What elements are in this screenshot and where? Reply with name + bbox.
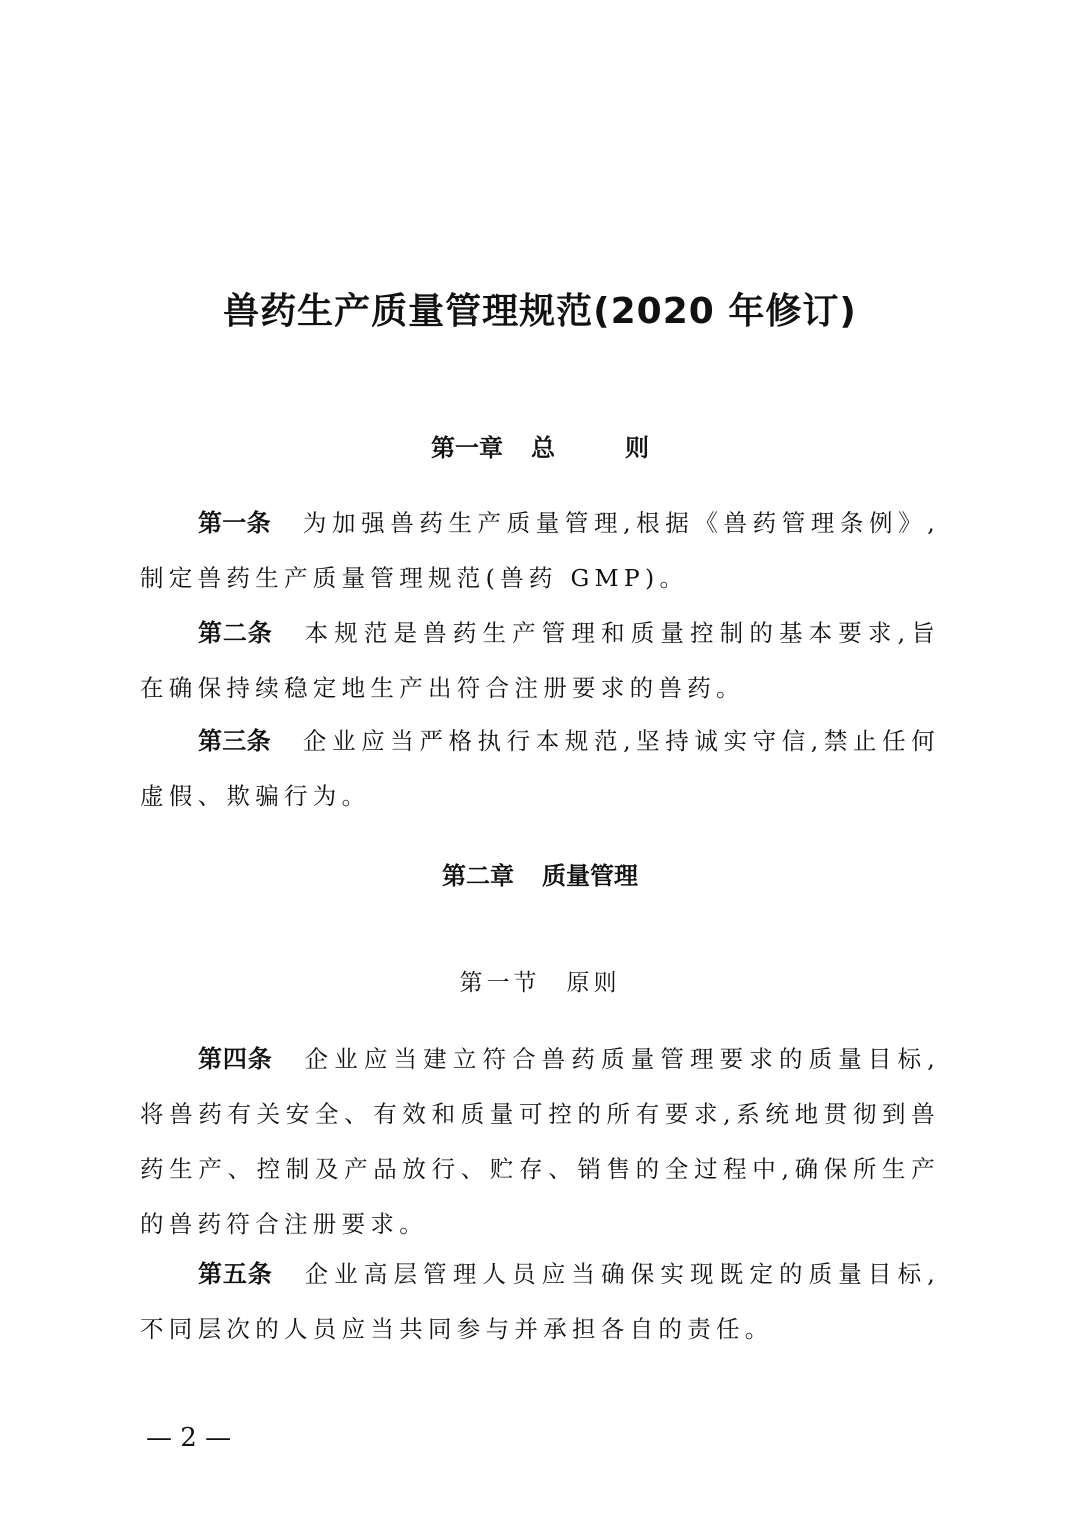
- chapter-name: 质量管理: [542, 862, 638, 890]
- chapter-name-part: 总: [531, 434, 555, 462]
- section-name: 原则: [567, 970, 621, 996]
- article-4: 第四条企业应当建立符合兽药质量管理要求的质量目标,将兽药有关安全、有效和质量可控…: [140, 1032, 940, 1252]
- document-title: 兽药生产质量管理规范(2020 年修订): [0, 283, 1080, 334]
- chapter-prefix: 第一章: [431, 434, 503, 462]
- article-heading: 第四条: [198, 1045, 273, 1073]
- article-1: 第一条为加强兽药生产质量管理,根据《兽药管理条例》,制定兽药生产质量管理规范(兽…: [140, 496, 940, 606]
- article-heading: 第三条: [198, 727, 271, 755]
- page-number: — 2 —: [146, 1423, 231, 1453]
- article-heading: 第五条: [198, 1260, 273, 1288]
- article-3: 第三条企业应当严格执行本规范,坚持诚实守信,禁止任何虚假、欺骗行为。: [140, 714, 940, 824]
- chapter-heading-2: 第二章质量管理: [0, 856, 1080, 891]
- article-heading: 第一条: [198, 509, 271, 537]
- section-prefix: 第一节: [460, 970, 541, 996]
- chapter-name-part: 则: [625, 434, 649, 462]
- article-2: 第二条本规范是兽药生产管理和质量控制的基本要求,旨在确保持续稳定地生产出符合注册…: [140, 606, 940, 716]
- article-5: 第五条企业高层管理人员应当确保实现既定的质量目标,不同层次的人员应当共同参与并承…: [140, 1247, 940, 1357]
- section-heading-1: 第一节原则: [0, 964, 1080, 997]
- article-heading: 第二条: [198, 619, 273, 647]
- article-text: 企业应当建立符合兽药质量管理要求的质量目标,将兽药有关安全、有效和质量可控的所有…: [140, 1045, 940, 1238]
- chapter-prefix: 第二章: [442, 862, 514, 890]
- chapter-heading-1: 第一章总则: [0, 428, 1080, 463]
